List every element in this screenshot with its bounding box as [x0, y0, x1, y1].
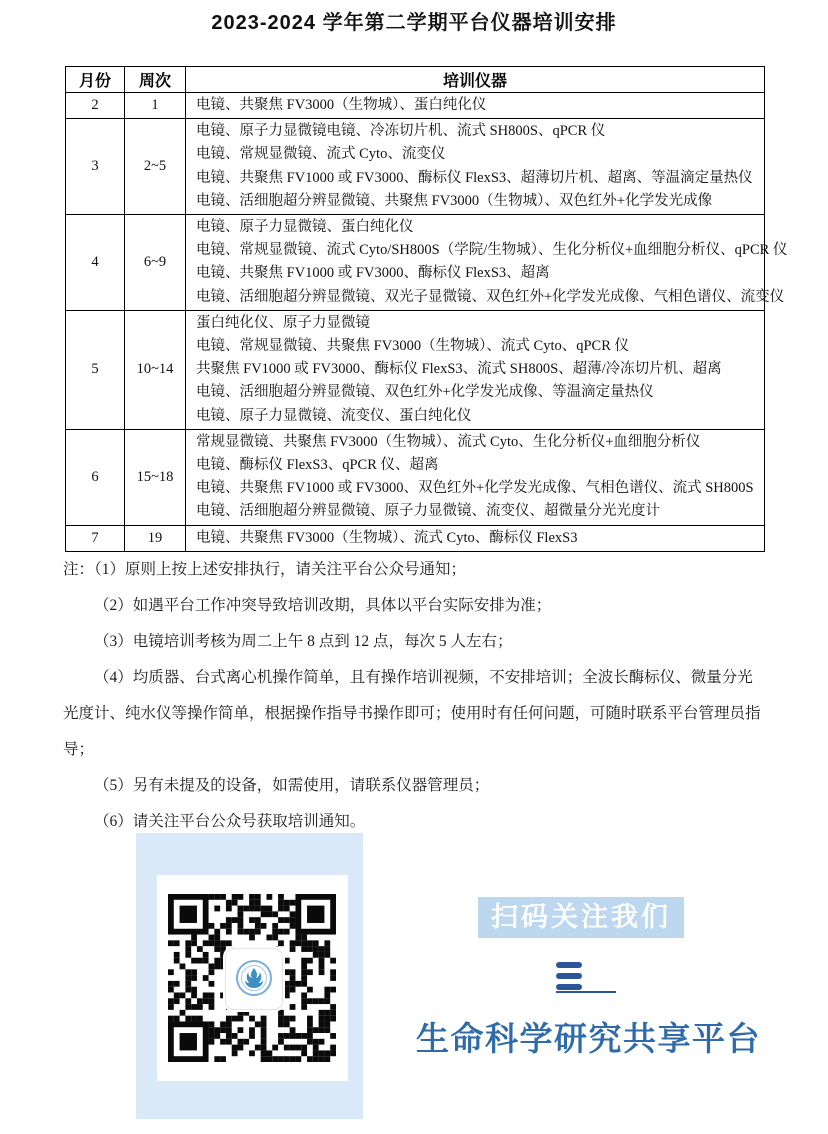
- instrument-line: 电镜、原子力显微镜、蛋白纯化仪: [196, 216, 754, 239]
- weeks-cell: 6~9: [125, 215, 186, 311]
- table-row: 4 6~9 电镜、原子力显微镜、蛋白纯化仪 电镜、常规显微镜、流式 Cyto/S…: [66, 215, 765, 311]
- instrument-line: 电镜、常规显微镜、流式 Cyto/SH800S（学院/生物城）、生化分析仪+血细…: [196, 239, 754, 262]
- instrument-line: 共聚焦 FV1000 或 FV3000、酶标仪 FlexS3、流式 SH800S…: [196, 358, 754, 381]
- note-text: （1）原则上按上述安排执行，请关注平台公众号通知；: [94, 561, 466, 578]
- training-schedule-table: 月份 周次 培训仪器 2 1 电镜、共聚焦 FV3000（生物城）、蛋白纯化仪 …: [65, 66, 765, 552]
- bar: [556, 962, 582, 968]
- note-prefix: 注：: [63, 561, 94, 578]
- month-cell: 7: [66, 525, 125, 551]
- note-item: （3）电镜培训考核为周二上午 8 点到 12 点，每次 5 人左右；: [63, 624, 767, 660]
- page-title: 2023-2024 学年第二学期平台仪器培训安排: [0, 6, 828, 35]
- instruments-cell: 常规显微镜、共聚焦 FV3000（生物城）、流式 Cyto、生化分析仪+血细胞分…: [186, 429, 765, 525]
- table-row: 6 15~18 常规显微镜、共聚焦 FV3000（生物城）、流式 Cyto、生化…: [66, 429, 765, 525]
- note-item: （5）另有未提及的设备，如需使用，请联系仪器管理员；: [63, 768, 767, 804]
- month-cell: 3: [66, 119, 125, 215]
- platform-name: 生命科学研究共享平台: [416, 1013, 761, 1060]
- column-header-instruments: 培训仪器: [186, 67, 765, 93]
- table-header-row: 月份 周次 培训仪器: [66, 67, 765, 93]
- instruments-cell: 电镜、共聚焦 FV3000（生物城）、蛋白纯化仪: [186, 93, 765, 119]
- instrument-line: 电镜、共聚焦 FV1000 或 FV3000、酶标仪 FlexS3、超薄切片机、…: [196, 167, 754, 190]
- instrument-line: 蛋白纯化仪、原子力显微镜: [196, 312, 754, 335]
- instrument-line: 电镜、活细胞超分辨显微镜、双光子显微镜、双色红外+化学发光成像、气相色谱仪、流变…: [196, 286, 754, 309]
- instrument-line: 电镜、活细胞超分辨显微镜、双色红外+化学发光成像、等温滴定量热仪: [196, 381, 754, 404]
- instrument-line: 电镜、活细胞超分辨显微镜、共聚焦 FV3000（生物城）、双色红外+化学发光成像: [196, 190, 754, 213]
- instruments-cell: 电镜、原子力显微镜、蛋白纯化仪 电镜、常规显微镜、流式 Cyto/SH800S（…: [186, 215, 765, 311]
- weeks-cell: 2~5: [125, 119, 186, 215]
- month-cell: 5: [66, 310, 125, 429]
- weeks-cell: 19: [125, 525, 186, 551]
- instrument-line: 电镜、共聚焦 FV1000 或 FV3000、酶标仪 FlexS3、超离: [196, 262, 754, 285]
- instrument-line: 电镜、共聚焦 FV3000（生物城）、蛋白纯化仪: [196, 94, 754, 117]
- scan-banner: 扫码关注我们: [478, 897, 684, 938]
- table-row: 7 19 电镜、共聚焦 FV3000（生物城）、流式 Cyto、酶标仪 Flex…: [66, 525, 765, 551]
- instrument-line: 电镜、酶标仪 FlexS3、qPCR 仪、超离: [196, 454, 754, 477]
- month-cell: 4: [66, 215, 125, 311]
- table-row: 3 2~5 电镜、原子力显微镜电镜、冷冻切片机、流式 SH800S、qPCR 仪…: [66, 119, 765, 215]
- instrument-line: 电镜、共聚焦 FV3000（生物城）、流式 Cyto、酶标仪 FlexS3: [196, 527, 754, 550]
- table-row: 2 1 电镜、共聚焦 FV3000（生物城）、蛋白纯化仪: [66, 93, 765, 119]
- weeks-cell: 10~14: [125, 310, 186, 429]
- instruments-cell: 蛋白纯化仪、原子力显微镜 电镜、常规显微镜、共聚焦 FV3000（生物城）、流式…: [186, 310, 765, 429]
- instrument-line: 电镜、原子力显微镜电镜、冷冻切片机、流式 SH800S、qPCR 仪: [196, 120, 754, 143]
- month-cell: 6: [66, 429, 125, 525]
- notes-section: 注：（1）原则上按上述安排执行，请关注平台公众号通知； （2）如遇平台工作冲突导…: [63, 552, 767, 840]
- note-item: （2）如遇平台工作冲突导致培训改期，具体以平台实际安排为准；: [63, 588, 767, 624]
- month-cell: 2: [66, 93, 125, 119]
- platform-emblem-icon: [233, 956, 275, 1002]
- instrument-line: 电镜、常规显微镜、共聚焦 FV3000（生物城）、流式 Cyto、qPCR 仪: [196, 335, 754, 358]
- instruments-cell: 电镜、原子力显微镜电镜、冷冻切片机、流式 SH800S、qPCR 仪 电镜、常规…: [186, 119, 765, 215]
- three-bars-icon: [556, 962, 618, 996]
- qr-panel: [136, 833, 363, 1119]
- footer-section: 扫码关注我们 生命科学研究共享平台: [0, 820, 828, 1134]
- bar: [556, 984, 582, 990]
- instrument-line: 电镜、常规显微镜、流式 Cyto、流变仪: [196, 143, 754, 166]
- table-row: 5 10~14 蛋白纯化仪、原子力显微镜 电镜、常规显微镜、共聚焦 FV3000…: [66, 310, 765, 429]
- instrument-line: 电镜、原子力显微镜、流变仪、蛋白纯化仪: [196, 405, 754, 428]
- instrument-line: 常规显微镜、共聚焦 FV3000（生物城）、流式 Cyto、生化分析仪+血细胞分…: [196, 431, 754, 454]
- bar: [556, 973, 582, 979]
- column-header-week: 周次: [125, 67, 186, 93]
- bar-underline: [556, 991, 616, 993]
- document-page: 2023-2024 学年第二学期平台仪器培训安排 月份 周次 培训仪器 2 1 …: [0, 0, 828, 1134]
- instruments-cell: 电镜、共聚焦 FV3000（生物城）、流式 Cyto、酶标仪 FlexS3: [186, 525, 765, 551]
- note-item: （4）均质器、台式离心机操作简单，且有操作培训视频，不安排培训；全波长酶标仪、微…: [63, 660, 767, 768]
- qr-code: [157, 875, 348, 1081]
- qr-center-logo: [225, 948, 283, 1010]
- note-item: 注：（1）原则上按上述安排执行，请关注平台公众号通知；: [63, 552, 767, 588]
- weeks-cell: 15~18: [125, 429, 186, 525]
- instrument-line: 电镜、共聚焦 FV1000 或 FV3000、双色红外+化学发光成像、气相色谱仪…: [196, 477, 754, 500]
- weeks-cell: 1: [125, 93, 186, 119]
- instrument-line: 电镜、活细胞超分辨显微镜、原子力显微镜、流变仪、超微量分光光度计: [196, 500, 754, 523]
- column-header-month: 月份: [66, 67, 125, 93]
